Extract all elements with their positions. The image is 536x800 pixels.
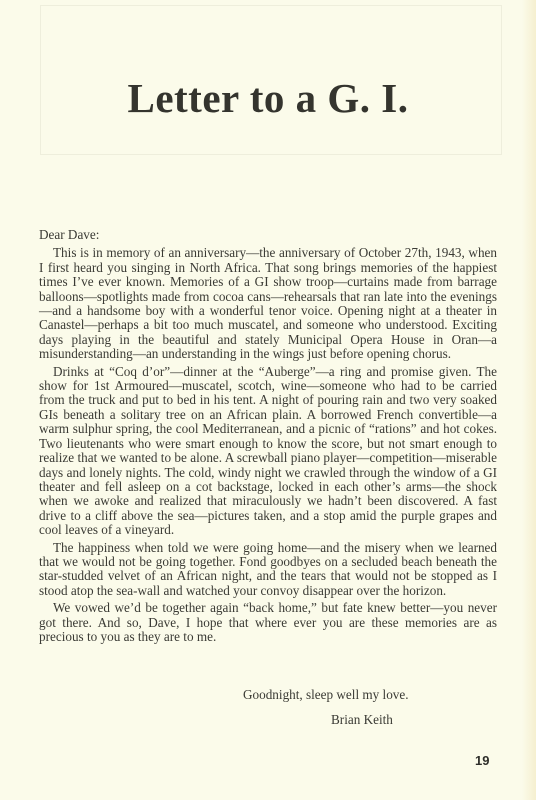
paragraph: The happiness when told we were going ho…	[39, 541, 497, 599]
letter-body: Dear Dave: This is in memory of an anniv…	[39, 228, 497, 647]
signature: Brian Keith	[331, 712, 393, 728]
article-title: Letter to a G. I.	[0, 74, 536, 122]
closing-line: Goodnight, sleep well my love.	[243, 687, 409, 703]
paragraph: We vowed we’d be together again “back ho…	[39, 601, 497, 644]
paragraph: Drinks at “Coq d’or”—dinner at the “Aube…	[39, 365, 497, 538]
page-number: 19	[475, 753, 489, 768]
paragraph: This is in memory of an anniversary—the …	[39, 246, 497, 361]
salutation: Dear Dave:	[39, 228, 497, 242]
